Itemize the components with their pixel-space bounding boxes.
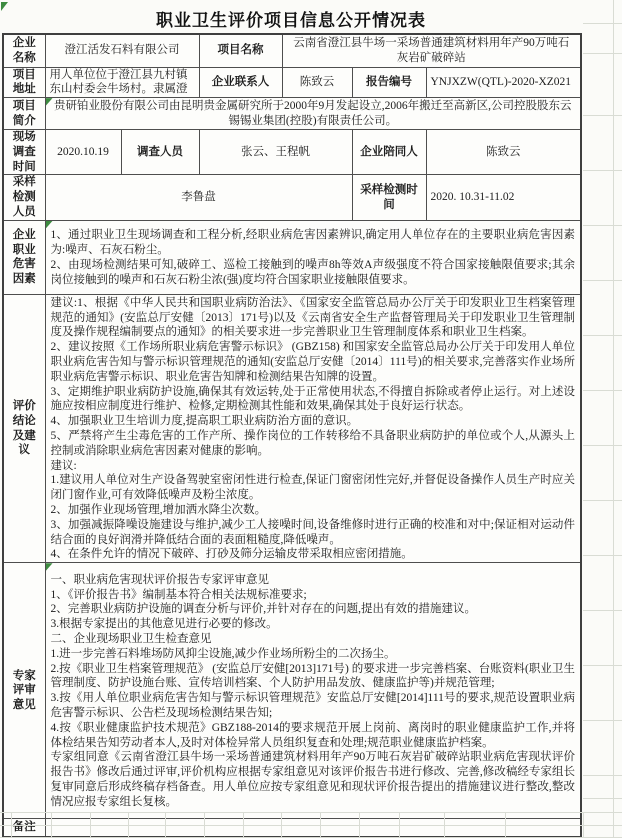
grid-line bbox=[583, 170, 622, 171]
expert-review-label: 专家评审意见 bbox=[3, 563, 45, 819]
report-number-label: 报告编号 bbox=[352, 67, 426, 98]
grid-line bbox=[583, 555, 622, 556]
grid-line bbox=[583, 280, 622, 281]
conclusion-value: 建议:1、根据《中华人民共和国职业病防治法》、《国家安全监管总局办公厅关于印发职… bbox=[45, 294, 581, 562]
row-hazard: 企业职业危害因素 1、通过职业卫生现场调查和工程分析,经职业病危害因素辨识,确定… bbox=[3, 220, 581, 294]
grid-line bbox=[0, 812, 622, 813]
error-indicator-icon bbox=[46, 221, 53, 229]
remark-label: 备注 bbox=[3, 819, 45, 837]
error-indicator-icon bbox=[46, 98, 53, 106]
grid-line bbox=[583, 53, 622, 54]
row-company: 企业名称 澄江活发石料有限公司 项目名称 云南省澄江县牛场一采场普通建筑材料用年… bbox=[3, 34, 581, 67]
row-intro: 项目简介 贵研铂业股份有限公司由昆明贵金属研究所于2000年9月发起设立,200… bbox=[3, 98, 581, 130]
expert-review-text: 一、职业病危害现状评价报告专家评审意见 1、《评价报告书》编制基本符合相关法规标… bbox=[51, 574, 576, 808]
company-contact-value: 陈致云 bbox=[282, 67, 352, 98]
companion-value: 陈致云 bbox=[426, 130, 581, 175]
project-name-value: 云南省澄江县牛场一采场普通建筑材料用年产90万吨石灰岩矿破碎站 bbox=[282, 34, 581, 67]
grid-line bbox=[90, 812, 91, 838]
sampling-time-value: 2020. 10.31-11.02 bbox=[426, 175, 581, 220]
sampler-label: 采样检测人员 bbox=[3, 175, 45, 220]
grid-line bbox=[613, 0, 614, 838]
sampling-time-label: 采样检测时间 bbox=[352, 175, 426, 220]
grid-line bbox=[320, 812, 321, 838]
companion-label: 企业陪同人 bbox=[352, 130, 426, 175]
project-intro-text: 贵研铂业股份有限公司由昆明贵金属研究所于2000年9月发起设立,2006年搬迁至… bbox=[54, 100, 572, 127]
grid-line bbox=[583, 798, 622, 799]
project-intro-value: 贵研铂业股份有限公司由昆明贵金属研究所于2000年9月发起设立,2006年搬迁至… bbox=[45, 98, 581, 130]
grid-line bbox=[583, 225, 622, 226]
grid-line bbox=[204, 812, 205, 838]
grid-line bbox=[583, 115, 622, 116]
report-number-value: YNJXZW(QTL)-2020-XZ021 bbox=[426, 67, 581, 98]
row-address: 项目地址 用人单位位于澄江县九村镇东山村委会牛场村。隶属澄 企业联系人 陈致云 … bbox=[3, 67, 581, 98]
grid-line bbox=[583, 665, 622, 666]
grid-line bbox=[583, 500, 622, 501]
grid-line bbox=[583, 23, 622, 24]
project-address-label: 项目地址 bbox=[3, 67, 45, 98]
grid-line bbox=[0, 825, 622, 826]
grid-line bbox=[583, 812, 584, 838]
grid-line bbox=[165, 812, 166, 838]
grid-line bbox=[11, 812, 12, 838]
grid-line bbox=[281, 812, 282, 838]
grid-line bbox=[583, 445, 622, 446]
project-intro-label: 项目简介 bbox=[3, 98, 45, 130]
company-name-value: 澄江活发石料有限公司 bbox=[45, 34, 199, 67]
spreadsheet-page: { "colors": { "error_indicator_green": "… bbox=[0, 0, 622, 838]
grid-line bbox=[51, 812, 52, 838]
info-table: 企业名称 澄江活发石料有限公司 项目名称 云南省澄江县牛场一采场普通建筑材料用年… bbox=[2, 33, 582, 838]
company-name-label: 企业名称 bbox=[3, 34, 45, 67]
grid-line bbox=[128, 812, 129, 838]
row-expert: 专家评审意见 一、职业病危害现状评价报告专家评审意见 1、《评价报告书》编制基本… bbox=[3, 563, 581, 819]
grid-line bbox=[505, 812, 506, 838]
grid-line bbox=[583, 335, 622, 336]
project-address-value: 用人单位位于澄江县九村镇东山村委会牛场村。隶属澄 bbox=[45, 67, 199, 98]
surveyors-label: 调查人员 bbox=[121, 130, 199, 175]
grid-line bbox=[583, 610, 622, 611]
remark-value bbox=[45, 819, 581, 837]
error-indicator-icon bbox=[46, 563, 53, 571]
row-sampling: 采样检测人员 李鲁盘 采样检测时间 2020. 10.31-11.02 bbox=[3, 175, 581, 220]
hazard-factors-text: 1、通过职业卫生现场调查和工程分析,经职业病危害因素辨识,确定用人单位存在的主要… bbox=[51, 229, 576, 285]
grid-line bbox=[243, 812, 244, 838]
expert-review-value: 一、职业病危害现状评价报告专家评审意见 1、《评价报告书》编制基本符合相关法规标… bbox=[45, 563, 581, 819]
survey-time-label: 现场调查时间 bbox=[3, 130, 45, 175]
row-survey: 现场调查时间 2020.10.19 调查人员 张云、王程帆 企业陪同人 陈致云 bbox=[3, 130, 581, 175]
project-name-label: 项目名称 bbox=[199, 34, 282, 67]
grid-line bbox=[583, 775, 622, 776]
company-contact-label: 企业联系人 bbox=[199, 67, 282, 98]
hazard-factors-label: 企业职业危害因素 bbox=[3, 220, 45, 294]
grid-line bbox=[444, 812, 445, 838]
survey-time-value: 2020.10.19 bbox=[45, 130, 121, 175]
surveyors-value: 张云、王程帆 bbox=[199, 130, 352, 175]
grid-line bbox=[583, 390, 622, 391]
hazard-factors-value: 1、通过职业卫生现场调查和工程分析,经职业病危害因素辨识,确定用人单位存在的主要… bbox=[45, 220, 581, 294]
grid-line bbox=[359, 812, 360, 838]
conclusion-label: 评价结论及建议 bbox=[3, 294, 45, 562]
grid-line bbox=[583, 720, 622, 721]
page-title: 职业卫生评价项目信息公开情况表 bbox=[2, 9, 580, 33]
sampler-value: 李鲁盘 bbox=[45, 175, 352, 220]
grid-line bbox=[399, 812, 400, 838]
row-conclusion: 评价结论及建议 建议:1、根据《中华人民共和国职业病防治法》、《国家安全监管总局… bbox=[3, 294, 581, 562]
